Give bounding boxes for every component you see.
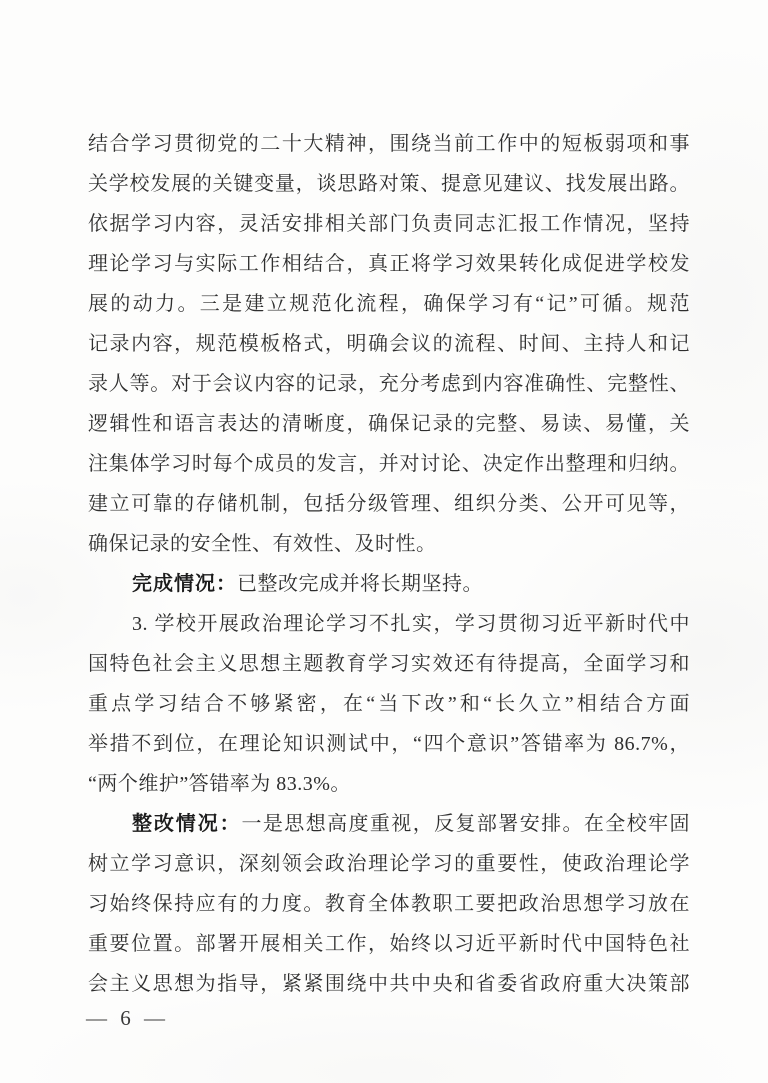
text-line: “两个维护”答错率为 83.3%。 xyxy=(88,764,690,804)
text-line: 逻辑性和语言表达的清晰度，确保记录的完整、易读、易懂，关 xyxy=(88,404,690,444)
text-line: 建立可靠的存储机制，包括分级管理、组织分类、公开可见等， xyxy=(88,484,690,524)
text-line: 结合学习贯彻党的二十大精神，围绕当前工作中的短板弱项和事 xyxy=(88,124,690,164)
bold-section-label: 整改情况： xyxy=(132,813,242,835)
text-line: 关学校发展的关键变量，谈思路对策、提意见建议、找发展出路。 xyxy=(88,164,690,204)
text-line: 重要位置。部署开展相关工作，始终以习近平新时代中国特色社 xyxy=(88,924,690,964)
text-line: 理论学习与实际工作相结合，真正将学习效果转化成促进学校发 xyxy=(88,244,690,284)
text-line: 举措不到位，在理论知识测试中，“四个意识”答错率为 86.7%， xyxy=(88,724,690,764)
text-line: 依据学习内容，灵活安排相关部门负责同志汇报工作情况，坚持 xyxy=(88,204,690,244)
scanned-document-page: 结合学习贯彻党的二十大精神，围绕当前工作中的短板弱项和事关学校发展的关键变量，谈… xyxy=(0,0,768,1083)
text-line: 整改情况：一是思想高度重视，反复部署安排。在全校牢固 xyxy=(88,804,690,844)
text-block: 结合学习贯彻党的二十大精神，围绕当前工作中的短板弱项和事关学校发展的关键变量，谈… xyxy=(88,124,690,1004)
text-line: 国特色社会主义思想主题教育学习实效还有待提高，全面学习和 xyxy=(88,644,690,684)
text-line: 录人等。对于会议内容的记录，充分考虑到内容准确性、完整性、 xyxy=(88,364,690,404)
bold-section-label: 完成情况： xyxy=(132,573,237,595)
page-number: — 6 — xyxy=(86,1002,169,1034)
text-line: 完成情况：已整改完成并将长期坚持。 xyxy=(88,564,690,604)
text-line: 3. 学校开展政治理论学习不扎实，学习贯彻习近平新时代中 xyxy=(88,604,690,644)
text-line: 确保记录的安全性、有效性、及时性。 xyxy=(88,524,690,564)
text-line: 重点学习结合不够紧密，在“当下改”和“长久立”相结合方面 xyxy=(88,684,690,724)
text-line: 展的动力。三是建立规范化流程，确保学习有“记”可循。规范 xyxy=(88,284,690,324)
text-line: 习始终保持应有的力度。教育全体教职工要把政治思想学习放在 xyxy=(88,884,690,924)
text-line: 注集体学习时每个成员的发言，并对讨论、决定作出整理和归纳。 xyxy=(88,444,690,484)
text-line: 树立学习意识，深刻领会政治理论学习的重要性，使政治理论学 xyxy=(88,844,690,884)
text-line: 会主义思想为指导，紧紧围绕中共中央和省委省政府重大决策部 xyxy=(88,964,690,1004)
text-line: 记录内容，规范模板格式，明确会议的流程、时间、主持人和记 xyxy=(88,324,690,364)
